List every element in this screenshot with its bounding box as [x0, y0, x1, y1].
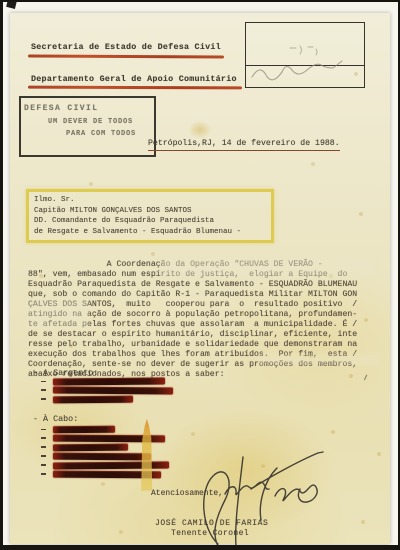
- defesa-civil-stamp: DEFESA CIVIL UM DEVER DE TODOS PARA COM …: [19, 96, 156, 157]
- list-dash: [41, 464, 46, 466]
- org-header-line2: Departamento Geral de Apoio Comunitário: [31, 74, 237, 84]
- redaction-bar: [53, 387, 173, 395]
- body-line: 88", vem, embasado num espírito de justi…: [28, 270, 384, 280]
- body-line: atingido na ação de socorro à população …: [28, 310, 384, 320]
- list-dash: [41, 429, 46, 431]
- body-line: execução dos trabalhos que lhes foram at…: [28, 350, 384, 360]
- body-line: resse pelo trabalho, urbanidade e solida…: [28, 340, 384, 350]
- sargento-redacted-list: [41, 378, 173, 405]
- dateline: Petrópolis,RJ, 14 de fevereiro de 1988.: [148, 139, 340, 151]
- recipient-line: Ilmo. Sr.: [34, 195, 266, 206]
- redacted-name-row: [41, 387, 173, 394]
- letter-body: A Coordenação da Operação "CHUVAS DE VER…: [28, 260, 384, 380]
- body-line: Esquadrão Paraquedista de Resgate e Salv…: [28, 280, 384, 290]
- list-dash: [41, 389, 46, 391]
- recipient-block: Ilmo. Sr.Capitão MILTON GONÇALVES DOS SA…: [26, 189, 274, 243]
- stamp-line1: DEFESA CIVIL: [24, 104, 98, 113]
- redacted-name-row: [41, 378, 173, 385]
- registry-stamp-box: [245, 22, 365, 88]
- faint-handwriting-mark: [246, 23, 364, 87]
- recipient-line: Capitão MILTON GONÇALVES DOS SANTOS: [34, 206, 266, 217]
- body-line: de se destacar o espírito humanitário, d…: [28, 330, 384, 340]
- list-dash: [41, 455, 46, 457]
- list-dash: [41, 446, 46, 448]
- list-dash: [41, 381, 46, 383]
- body-line: ÇALVES DOS SANTOS, muito cooperou para o…: [28, 300, 384, 310]
- sargento-list-label: - A Sargento:: [33, 368, 98, 378]
- stray-pen-mark: [364, 374, 370, 381]
- body-line: que, sob o comando do Capitão R-1 - Para…: [28, 290, 384, 300]
- redaction-bar: [53, 378, 165, 386]
- cabo-list-label: - À Cabo:: [33, 414, 78, 424]
- recipient-line: de Resgate e Salvamento - Esquadrão Blum…: [34, 227, 266, 238]
- redaction-bar: [53, 444, 128, 451]
- scanned-letter: Secretaria de Estado de Defesa Civil Dep…: [0, 0, 400, 550]
- list-dash: [41, 437, 46, 439]
- stamp-line3: PARA COM TODOS: [66, 130, 136, 138]
- recipient-line: DD. Comandante do Esquadrão Paraquedista: [34, 216, 266, 227]
- org-header-line1: Secretaria de Estado de Defesa Civil: [31, 42, 221, 52]
- red-underline-2: [28, 86, 242, 89]
- red-underline-1: [28, 54, 224, 58]
- redaction-bar: [53, 396, 133, 403]
- list-dash: [41, 473, 46, 475]
- body-line: te afetada pelas fortes chuvas que assol…: [28, 320, 384, 330]
- paper-speckles: [10, 13, 12, 15]
- redacted-name-row: [41, 396, 173, 403]
- signature-handwriting: [141, 432, 341, 550]
- stamp-line2: UM DEVER DE TODOS: [48, 118, 133, 126]
- scan-artifact: [6, 0, 17, 9]
- redaction-bar: [53, 453, 151, 461]
- list-dash: [41, 398, 46, 400]
- body-line: A Coordenação da Operação "CHUVAS DE VER…: [28, 260, 384, 270]
- letter-page: Secretaria de Estado de Defesa Civil Dep…: [10, 13, 390, 544]
- redaction-bar: [53, 426, 115, 433]
